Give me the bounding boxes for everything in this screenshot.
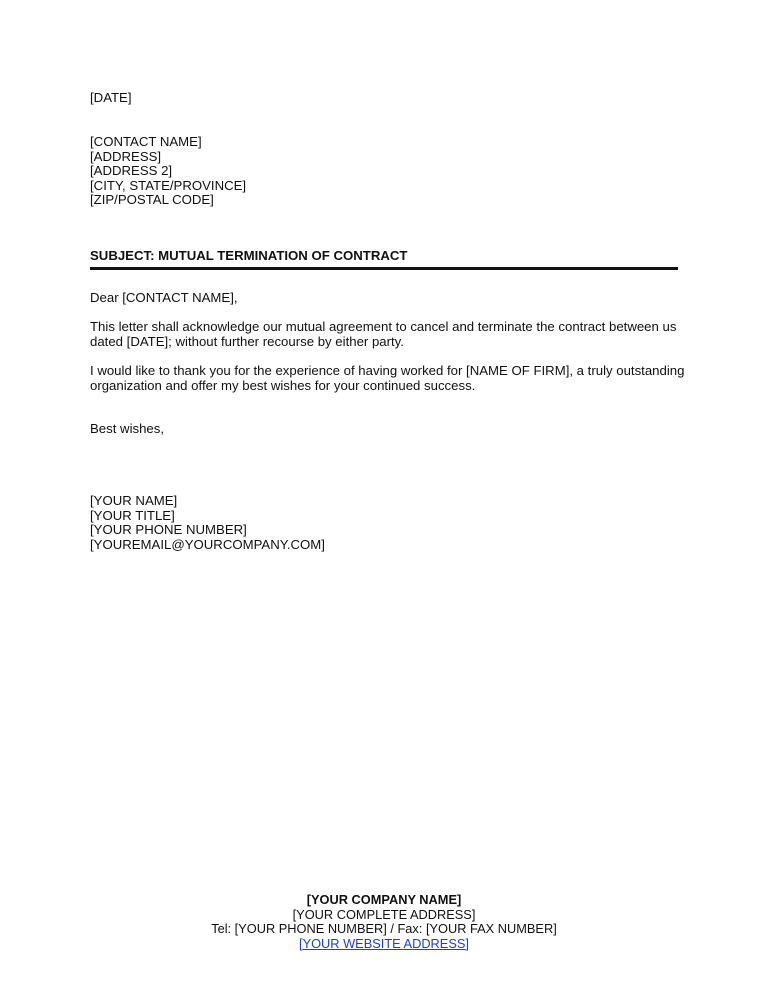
signature-name: [YOUR NAME] [90,494,177,509]
closing: Best wishes, [90,422,164,437]
date-line: [DATE] [90,91,132,106]
recipient-address: [ADDRESS] [90,150,161,165]
signature-phone: [YOUR PHONE NUMBER] [90,523,247,538]
salutation: Dear [CONTACT NAME], [90,291,238,306]
recipient-name: [CONTACT NAME] [90,135,202,150]
recipient-address2: [ADDRESS 2] [90,164,172,179]
paragraph1-line2: dated [DATE]; without further recourse b… [90,335,404,350]
signature-title: [YOUR TITLE] [90,509,175,524]
letter-page: [DATE] [CONTACT NAME] [ADDRESS] [ADDRESS… [0,0,768,991]
recipient-zip: [ZIP/POSTAL CODE] [90,193,214,208]
signature-email: [YOUREMAIL@YOURCOMPANY.COM] [90,538,325,553]
website-link[interactable]: [YOUR WEBSITE ADDRESS] [299,936,469,951]
subject-divider [90,267,678,270]
footer-website-row: [YOUR WEBSITE ADDRESS] [0,937,768,952]
subject-heading: SUBJECT: MUTUAL TERMINATION OF CONTRACT [90,249,407,264]
paragraph2-line1: I would like to thank you for the experi… [90,364,684,379]
paragraph2-line2: organization and offer my best wishes fo… [90,379,475,394]
footer-contact: Tel: [YOUR PHONE NUMBER] / Fax: [YOUR FA… [0,922,768,937]
paragraph1-line1: This letter shall acknowledge our mutual… [90,320,676,335]
footer-address: [YOUR COMPLETE ADDRESS] [0,908,768,923]
recipient-city-state: [CITY, STATE/PROVINCE] [90,179,246,194]
footer-company: [YOUR COMPANY NAME] [0,893,768,908]
